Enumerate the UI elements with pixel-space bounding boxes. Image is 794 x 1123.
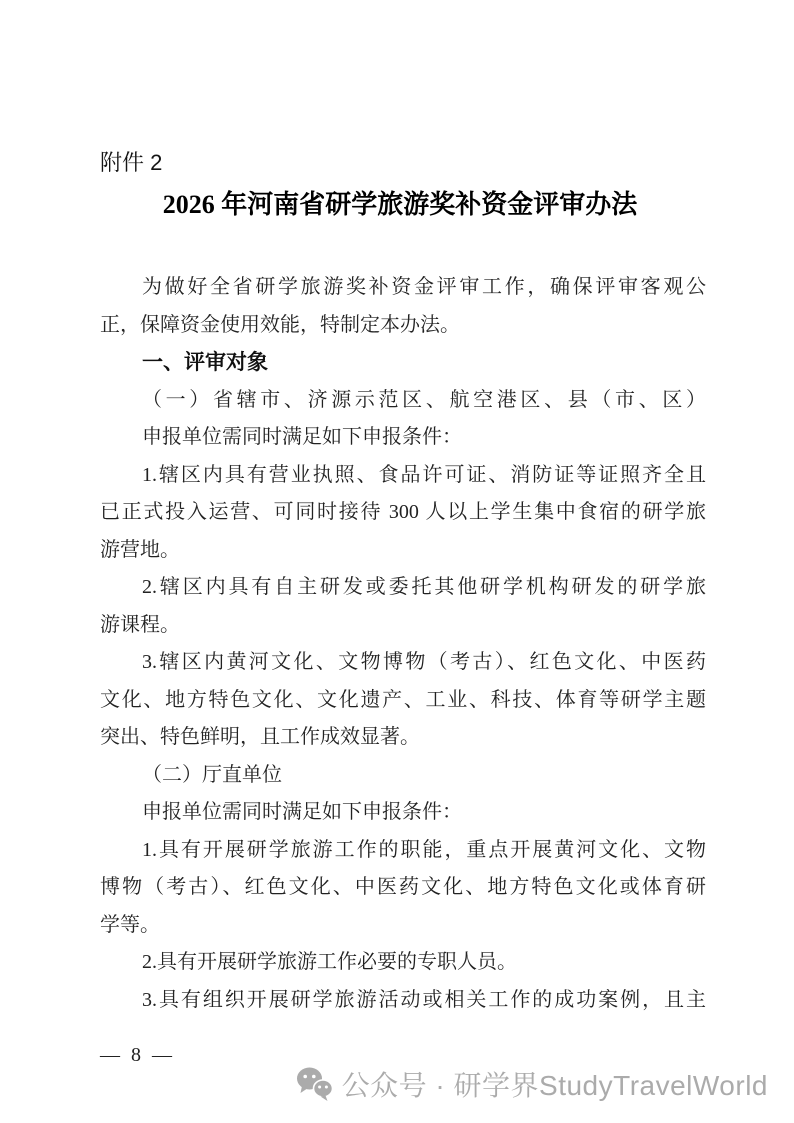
document-body: 为做好全省研学旅游奖补资金评审工作，确保评审客观公 正，保障资金使用效能，特制定… [100, 269, 706, 1019]
body-line: 1.辖区内具有营业执照、食品许可证、消防证等证照齐全且 [100, 457, 706, 495]
body-line: 博物（考古）、红色文化、中医药文化、地方特色文化或体育研 [100, 869, 706, 907]
body-line: 申报单位需同时满足如下申报条件： [100, 794, 706, 832]
body-line: 文化、地方特色文化、文化遗产、工业、科技、体育等研学主题 [100, 682, 706, 720]
subsection-heading: （一）省辖市、济源示范区、航空港区、县（市、区） [100, 382, 706, 420]
document-title: 2026 年河南省研学旅游奖补资金评审办法 [94, 184, 706, 221]
body-line: 学等。 [100, 907, 706, 945]
section-heading: 一、评审对象 [100, 344, 706, 382]
subsection-heading: （二）厅直单位 [100, 757, 706, 795]
document-page: 附件 2 2026 年河南省研学旅游奖补资金评审办法 为做好全省研学旅游奖补资金… [0, 0, 794, 1123]
body-line: 1.具有开展研学旅游工作的职能，重点开展黄河文化、文物 [100, 832, 706, 870]
body-line: 2.具有开展研学旅游工作必要的专职人员。 [100, 944, 706, 982]
body-line: 申报单位需同时满足如下申报条件： [100, 419, 706, 457]
body-line: 突出、特色鲜明，且工作成效显著。 [100, 719, 706, 757]
attachment-label: 附件 2 [100, 146, 162, 177]
body-line: 游营地。 [100, 532, 706, 570]
wechat-logo-icon [296, 1066, 333, 1102]
body-line: 为做好全省研学旅游奖补资金评审工作，确保评审客观公 [100, 269, 706, 307]
body-line: 游课程。 [100, 607, 706, 645]
watermark-text: 公众号 · 研学界StudyTravelWorld [342, 1064, 768, 1104]
page-number: — 8 — [100, 1044, 175, 1067]
body-line: 3.具有组织开展研学旅游活动或相关工作的成功案例，且主 [100, 982, 706, 1020]
body-line: 已正式投入运营、可同时接待 300 人以上学生集中食宿的研学旅 [100, 494, 706, 532]
wechat-watermark: 公众号 · 研学界StudyTravelWorld [296, 1064, 768, 1104]
body-line: 正，保障资金使用效能，特制定本办法。 [100, 307, 706, 345]
body-line: 2.辖区内具有自主研发或委托其他研学机构研发的研学旅 [100, 569, 706, 607]
body-line: 3.辖区内黄河文化、文物博物（考古）、红色文化、中医药 [100, 644, 706, 682]
